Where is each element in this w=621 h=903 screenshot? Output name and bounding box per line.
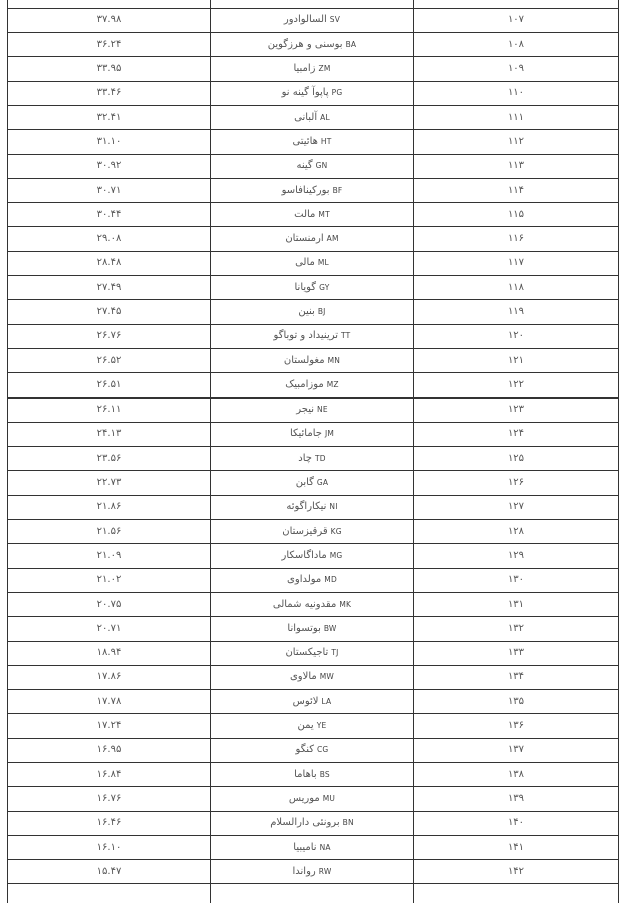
country-code: SV <box>330 15 340 24</box>
rank-cell: ۱۴۰ <box>414 811 619 835</box>
country-cell: بوسنی و هرزگوینBA <box>211 33 414 57</box>
rank-cell: ۱۲۹ <box>414 544 619 568</box>
value-text: ۲۹.۰۸ <box>97 233 122 244</box>
value-text: ۱۷.۸۶ <box>97 671 122 682</box>
country-code: BF <box>333 186 343 195</box>
country-code: MU <box>323 794 335 803</box>
table-body: ۳۷.۹۸ السالوادورSV ۱۰۷ ۳۶.۲۴ بوسنی و هرز… <box>8 0 619 903</box>
country-code: MG <box>330 551 343 560</box>
country-name: قرقیزستان <box>282 526 327 537</box>
rank-cell: ۱۲۶ <box>414 471 619 495</box>
value-text: ۲۱.۰۲ <box>97 574 122 585</box>
rank-cell: ۱۳۳ <box>414 641 619 665</box>
country-code: MK <box>339 600 351 609</box>
country-cell: ترینیداد و توباگوTT <box>211 324 414 348</box>
country-cell: گابنGA <box>211 471 414 495</box>
value-text: ۳۱.۱۰ <box>97 136 122 147</box>
rank-cell: ۱۰۷ <box>414 8 619 32</box>
rank-text: ۱۱۹ <box>508 306 524 317</box>
rank-text: ۱۰۷ <box>508 14 524 25</box>
country-name: السالوادور <box>284 14 327 25</box>
value-cell: ۲۱.۸۶ <box>8 495 211 519</box>
value-cell: ۲۰.۷۵ <box>8 592 211 616</box>
value-cell: ۱۶.۷۶ <box>8 787 211 811</box>
value-text: ۲۱.۰۹ <box>97 550 122 561</box>
rank-cell: ۱۰۹ <box>414 57 619 81</box>
value-text: ۲۲.۷۳ <box>97 477 122 488</box>
value-cell: ۳۲.۴۱ <box>8 105 211 129</box>
table-row: ۲۱.۵۶ قرقیزستانKG ۱۲۸ <box>8 520 619 544</box>
rank-cell: ۱۳۷ <box>414 738 619 762</box>
rank-text: ۱۱۲ <box>508 136 524 147</box>
country-code: AL <box>320 113 330 122</box>
rank-cell: ۱۲۰ <box>414 324 619 348</box>
rank-text: ۱۰۹ <box>508 63 524 74</box>
table-row: ۳۳.۹۵ زامبیاZM ۱۰۹ <box>8 57 619 81</box>
value-text: ۱۶.۹۵ <box>97 744 122 755</box>
value-cell: ۲۷.۴۹ <box>8 276 211 300</box>
country-cell: بوتسواناBW <box>211 617 414 641</box>
rank-text: ۱۲۰ <box>508 330 524 341</box>
country-cell: قرقیزستانKG <box>211 520 414 544</box>
country-name: مالاوی <box>290 671 317 682</box>
country-name: آلبانی <box>294 112 317 123</box>
country-code: PG <box>332 88 343 97</box>
country-cell <box>211 884 414 903</box>
country-ranking-table: ۳۷.۹۸ السالوادورSV ۱۰۷ ۳۶.۲۴ بوسنی و هرز… <box>7 0 619 903</box>
country-cell: مالتMT <box>211 203 414 227</box>
country-cell: مالاویMW <box>211 665 414 689</box>
rank-cell: ۱۲۲ <box>414 373 619 398</box>
country-code: TJ <box>331 648 338 657</box>
value-text: ۱۶.۷۶ <box>97 793 122 804</box>
table-row: ۲۱.۰۲ مولداویMD ۱۳۰ <box>8 568 619 592</box>
country-cell: بنینBJ <box>211 300 414 324</box>
rank-cell: ۱۲۷ <box>414 495 619 519</box>
country-code: BJ <box>318 307 326 316</box>
country-name: زامبیا <box>293 63 315 74</box>
rank-cell <box>414 0 619 8</box>
table-row: ۲۷.۴۵ بنینBJ ۱۱۹ <box>8 300 619 324</box>
rank-text: ۱۳۷ <box>508 744 524 755</box>
rank-text: ۱۲۸ <box>508 526 524 537</box>
rank-cell: ۱۱۹ <box>414 300 619 324</box>
country-cell: باهاماBS <box>211 763 414 787</box>
value-cell: ۲۶.۵۲ <box>8 348 211 372</box>
country-name: پاپوآ گینه نو <box>282 87 329 98</box>
country-cell: موریسMU <box>211 787 414 811</box>
country-code: GA <box>317 478 328 487</box>
value-cell: ۱۷.۷۸ <box>8 690 211 714</box>
value-cell: ۳۱.۱۰ <box>8 130 211 154</box>
country-name: جامائیکا <box>290 428 322 439</box>
country-code: CG <box>317 745 328 754</box>
country-name: گابن <box>296 477 314 488</box>
country-name: نیجر <box>296 404 314 415</box>
value-text: ۲۶.۵۲ <box>97 355 122 366</box>
table-row: ۲۱.۸۶ نیکاراگوئهNI ۱۲۷ <box>8 495 619 519</box>
country-code: ML <box>318 258 329 267</box>
rank-cell: ۱۱۸ <box>414 276 619 300</box>
table-row: ۱۶.۷۶ موریسMU ۱۳۹ <box>8 787 619 811</box>
rank-text: ۱۲۳ <box>508 404 524 415</box>
rank-text: ۱۳۰ <box>508 574 524 585</box>
value-cell: ۲۴.۱۳ <box>8 422 211 446</box>
value-text: ۳۷.۹۸ <box>97 14 122 25</box>
value-text: ۱۵.۴۷ <box>97 866 122 877</box>
country-name: مالی <box>295 257 315 268</box>
rank-cell: ۱۳۶ <box>414 714 619 738</box>
country-cell <box>211 0 414 8</box>
rank-text: ۱۲۴ <box>508 428 524 439</box>
country-code: TD <box>315 454 326 463</box>
country-name: موریس <box>289 793 320 804</box>
country-name: نیکاراگوئه <box>286 501 326 512</box>
country-code: NI <box>329 502 337 511</box>
rank-text: ۱۱۰ <box>508 87 524 98</box>
country-cell: تاجیکستانTJ <box>211 641 414 665</box>
country-code: JM <box>325 429 334 438</box>
table-row: ۳۳.۴۶ پاپوآ گینه نوPG ۱۱۰ <box>8 81 619 105</box>
rank-cell: ۱۱۶ <box>414 227 619 251</box>
country-name: موزامبیک <box>285 379 323 390</box>
table-row: ۱۶.۹۵ کنگوCG ۱۳۷ <box>8 738 619 762</box>
country-cell: روانداRW <box>211 860 414 884</box>
country-code: BN <box>343 818 354 827</box>
rank-text: ۱۲۹ <box>508 550 524 561</box>
country-code: KG <box>331 527 342 536</box>
country-name: مقدونیه شمالی <box>273 599 336 610</box>
country-cell: گویاناGY <box>211 276 414 300</box>
rank-cell: ۱۳۱ <box>414 592 619 616</box>
country-code: AM <box>327 234 339 243</box>
country-cell: گینهGN <box>211 154 414 178</box>
value-text: ۳۰.۷۱ <box>97 185 122 196</box>
table-row: ۲۴.۱۳ جامائیکاJM ۱۲۴ <box>8 422 619 446</box>
country-name: بورکینافاسو <box>282 185 330 196</box>
rank-text: ۱۴۰ <box>508 817 524 828</box>
value-text: ۲۶.۷۶ <box>97 330 122 341</box>
rank-cell: ۱۳۲ <box>414 617 619 641</box>
value-cell <box>8 884 211 903</box>
rank-text: ۱۳۵ <box>508 696 524 707</box>
table-row: ۱۷.۲۴ یمنYE ۱۳۶ <box>8 714 619 738</box>
value-cell: ۳۰.۹۲ <box>8 154 211 178</box>
country-code: YE <box>317 721 327 730</box>
table-row: ۲۷.۴۹ گویاناGY ۱۱۸ <box>8 276 619 300</box>
value-cell <box>8 0 211 8</box>
country-cell: جامائیکاJM <box>211 422 414 446</box>
country-code: NE <box>317 405 328 414</box>
value-cell: ۱۸.۹۴ <box>8 641 211 665</box>
country-code: RW <box>319 867 332 876</box>
country-code: GN <box>316 161 328 170</box>
country-name: مغولستان <box>284 355 325 366</box>
rank-text: ۱۲۲ <box>508 379 524 390</box>
value-text: ۳۰.۹۲ <box>97 160 122 171</box>
country-code: ZM <box>319 64 331 73</box>
rank-cell: ۱۱۰ <box>414 81 619 105</box>
country-name: برونئی دارالسلام <box>270 817 339 828</box>
value-text: ۲۱.۸۶ <box>97 501 122 512</box>
value-cell: ۲۶.۵۱ <box>8 373 211 398</box>
value-cell: ۳۳.۹۵ <box>8 57 211 81</box>
table-row: ۱۶.۴۶ برونئی دارالسلامBN ۱۴۰ <box>8 811 619 835</box>
rank-cell: ۱۱۷ <box>414 251 619 275</box>
table-row: ۲۲.۷۳ گابنGA ۱۲۶ <box>8 471 619 495</box>
value-cell: ۲۱.۵۶ <box>8 520 211 544</box>
table-row <box>8 0 619 8</box>
value-text: ۳۳.۹۵ <box>97 63 122 74</box>
rank-cell: ۱۴۲ <box>414 860 619 884</box>
rank-cell: ۱۲۱ <box>414 348 619 372</box>
value-cell: ۳۳.۴۶ <box>8 81 211 105</box>
country-code: MZ <box>327 380 339 389</box>
country-cell: موزامبیکMZ <box>211 373 414 398</box>
value-text: ۲۶.۵۱ <box>97 379 122 390</box>
rank-cell: ۱۱۳ <box>414 154 619 178</box>
value-text: ۱۶.۸۴ <box>97 769 122 780</box>
country-cell: ماداگاسکارMG <box>211 544 414 568</box>
rank-cell: ۱۱۲ <box>414 130 619 154</box>
table-row: ۳۰.۴۴ مالتMT ۱۱۵ <box>8 203 619 227</box>
table-row: ۳۰.۷۱ بورکینافاسوBF ۱۱۴ <box>8 178 619 202</box>
rank-text: ۱۳۲ <box>508 623 524 634</box>
country-cell: چادTD <box>211 447 414 471</box>
rank-cell: ۱۲۸ <box>414 520 619 544</box>
table-row: ۲۶.۵۱ موزامبیکMZ ۱۲۲ <box>8 373 619 398</box>
country-cell: برونئی دارالسلامBN <box>211 811 414 835</box>
rank-text: ۱۳۶ <box>508 720 524 731</box>
country-name: رواندا <box>293 866 316 877</box>
value-text: ۲۳.۵۶ <box>97 453 122 464</box>
rank-cell: ۱۱۴ <box>414 178 619 202</box>
rank-cell: ۱۱۱ <box>414 105 619 129</box>
table-row: ۱۶.۱۰ نامیبیاNA ۱۴۱ <box>8 835 619 859</box>
country-name: هائیتی <box>292 136 317 147</box>
rank-text: ۱۲۷ <box>508 501 524 512</box>
value-cell: ۳۶.۲۴ <box>8 33 211 57</box>
value-cell: ۲۹.۰۸ <box>8 227 211 251</box>
country-code: BW <box>324 624 337 633</box>
rank-cell: ۱۳۸ <box>414 763 619 787</box>
value-text: ۳۳.۴۶ <box>97 87 122 98</box>
rank-text: ۱۲۱ <box>508 355 524 366</box>
table-row: ۲۶.۵۲ مغولستانMN ۱۲۱ <box>8 348 619 372</box>
country-cell: مالیML <box>211 251 414 275</box>
value-cell: ۲۱.۰۲ <box>8 568 211 592</box>
country-name: بوسنی و هرزگوین <box>268 39 343 50</box>
value-cell: ۱۶.۴۶ <box>8 811 211 835</box>
value-cell: ۲۶.۱۱ <box>8 398 211 423</box>
table-row: ۱۶.۸۴ باهاماBS ۱۳۸ <box>8 763 619 787</box>
rank-cell: ۱۳۹ <box>414 787 619 811</box>
table-row <box>8 884 619 903</box>
value-text: ۱۶.۴۶ <box>97 817 122 828</box>
table-row: ۱۵.۴۷ روانداRW ۱۴۲ <box>8 860 619 884</box>
rank-cell: ۱۳۵ <box>414 690 619 714</box>
country-code: HT <box>321 137 332 146</box>
value-text: ۲۰.۷۵ <box>97 599 122 610</box>
value-cell: ۱۵.۴۷ <box>8 860 211 884</box>
table-row: ۲۹.۰۸ ارمنستانAM ۱۱۶ <box>8 227 619 251</box>
value-text: ۱۶.۱۰ <box>97 842 122 853</box>
rank-text: ۱۲۵ <box>508 453 524 464</box>
rank-text: ۱۱۳ <box>508 160 524 171</box>
country-name: یمن <box>298 720 314 731</box>
value-cell: ۳۷.۹۸ <box>8 8 211 32</box>
rank-cell: ۱۳۴ <box>414 665 619 689</box>
rank-cell <box>414 884 619 903</box>
country-name: مالت <box>294 209 315 220</box>
value-text: ۲۰.۷۱ <box>97 623 122 634</box>
country-cell: یمنYE <box>211 714 414 738</box>
country-cell: السالوادورSV <box>211 8 414 32</box>
country-cell: بورکینافاسوBF <box>211 178 414 202</box>
country-cell: پاپوآ گینه نوPG <box>211 81 414 105</box>
rank-text: ۱۱۱ <box>508 112 524 123</box>
table-row: ۲۶.۱۱ نیجرNE ۱۲۳ <box>8 398 619 423</box>
country-cell: آلبانیAL <box>211 105 414 129</box>
country-code: BA <box>346 40 357 49</box>
value-cell: ۱۶.۱۰ <box>8 835 211 859</box>
value-cell: ۱۷.۲۴ <box>8 714 211 738</box>
country-cell: کنگوCG <box>211 738 414 762</box>
country-code: GY <box>319 283 329 292</box>
value-text: ۱۷.۷۸ <box>97 696 122 707</box>
value-cell: ۳۰.۴۴ <box>8 203 211 227</box>
value-text: ۲۷.۴۵ <box>97 306 122 317</box>
table-row: ۲۸.۴۸ مالیML ۱۱۷ <box>8 251 619 275</box>
country-name: گویانا <box>294 282 316 293</box>
rank-text: ۱۳۴ <box>508 671 524 682</box>
country-cell: هائیتیHT <box>211 130 414 154</box>
country-cell: نیکاراگوئهNI <box>211 495 414 519</box>
value-text: ۲۴.۱۳ <box>97 428 122 439</box>
rank-cell: ۱۴۱ <box>414 835 619 859</box>
rank-cell: ۱۲۵ <box>414 447 619 471</box>
value-cell: ۱۶.۸۴ <box>8 763 211 787</box>
table-row: ۲۶.۷۶ ترینیداد و توباگوTT ۱۲۰ <box>8 324 619 348</box>
table-row: ۲۳.۵۶ چادTD ۱۲۵ <box>8 447 619 471</box>
rank-text: ۱۴۱ <box>508 842 524 853</box>
country-name: بنین <box>298 306 314 317</box>
table-row: ۲۰.۷۱ بوتسواناBW ۱۳۲ <box>8 617 619 641</box>
table-row: ۱۸.۹۴ تاجیکستانTJ ۱۳۳ <box>8 641 619 665</box>
rank-cell: ۱۱۵ <box>414 203 619 227</box>
value-text: ۲۸.۴۸ <box>97 257 122 268</box>
country-code: NA <box>320 843 331 852</box>
rank-text: ۱۱۵ <box>508 209 524 220</box>
value-text: ۳۲.۴۱ <box>97 112 122 123</box>
country-cell: ارمنستانAM <box>211 227 414 251</box>
rank-cell: ۱۲۳ <box>414 398 619 423</box>
rank-text: ۱۰۸ <box>508 39 524 50</box>
table-row: ۱۷.۷۸ لائوسLA ۱۳۵ <box>8 690 619 714</box>
value-cell: ۱۶.۹۵ <box>8 738 211 762</box>
country-name: بوتسوانا <box>287 623 320 634</box>
rank-text: ۱۱۴ <box>508 185 524 196</box>
rank-text: ۱۲۶ <box>508 477 524 488</box>
table-row: ۳۶.۲۴ بوسنی و هرزگوینBA ۱۰۸ <box>8 33 619 57</box>
table-row: ۳۲.۴۱ آلبانیAL ۱۱۱ <box>8 105 619 129</box>
country-name: گینه <box>297 160 313 171</box>
value-cell: ۲۳.۵۶ <box>8 447 211 471</box>
country-name: ارمنستان <box>285 233 323 244</box>
value-text: ۳۰.۴۴ <box>97 209 122 220</box>
rank-cell: ۱۰۸ <box>414 33 619 57</box>
value-cell: ۲۰.۷۱ <box>8 617 211 641</box>
table-row: ۳۱.۱۰ هائیتیHT ۱۱۲ <box>8 130 619 154</box>
country-code: MD <box>324 575 337 584</box>
country-name: کنگو <box>296 744 314 755</box>
country-code: LA <box>321 697 331 706</box>
table-row: ۱۷.۸۶ مالاویMW ۱۳۴ <box>8 665 619 689</box>
country-cell: نیجرNE <box>211 398 414 423</box>
table-row: ۲۰.۷۵ مقدونیه شمالیMK ۱۳۱ <box>8 592 619 616</box>
country-cell: مغولستانMN <box>211 348 414 372</box>
value-cell: ۲۸.۴۸ <box>8 251 211 275</box>
value-cell: ۲۱.۰۹ <box>8 544 211 568</box>
table-row: ۳۷.۹۸ السالوادورSV ۱۰۷ <box>8 8 619 32</box>
rank-text: ۱۴۲ <box>508 866 524 877</box>
rank-text: ۱۱۸ <box>508 282 524 293</box>
value-text: ۱۸.۹۴ <box>97 647 122 658</box>
value-text: ۳۶.۲۴ <box>97 39 122 50</box>
country-name: تاجیکستان <box>285 647 328 658</box>
value-text: ۱۷.۲۴ <box>97 720 122 731</box>
value-text: ۲۶.۱۱ <box>97 404 122 415</box>
rank-text: ۱۱۶ <box>508 233 524 244</box>
country-name: ترینیداد و توباگو <box>274 330 339 341</box>
value-cell: ۲۲.۷۳ <box>8 471 211 495</box>
value-cell: ۳۰.۷۱ <box>8 178 211 202</box>
country-code: MW <box>320 672 334 681</box>
country-code: TT <box>341 331 350 340</box>
country-cell: مولداویMD <box>211 568 414 592</box>
country-code: MT <box>318 210 329 219</box>
rank-text: ۱۳۳ <box>508 647 524 658</box>
table-row: ۲۱.۰۹ ماداگاسکارMG ۱۲۹ <box>8 544 619 568</box>
value-cell: ۱۷.۸۶ <box>8 665 211 689</box>
country-name: مولداوی <box>287 574 321 585</box>
value-text: ۲۱.۵۶ <box>97 526 122 537</box>
country-cell: زامبیاZM <box>211 57 414 81</box>
rank-text: ۱۱۷ <box>508 257 524 268</box>
country-name: ماداگاسکار <box>282 550 327 561</box>
value-cell: ۲۷.۴۵ <box>8 300 211 324</box>
rank-text: ۱۳۸ <box>508 769 524 780</box>
country-name: نامیبیا <box>293 842 316 853</box>
value-text: ۲۷.۴۹ <box>97 282 122 293</box>
country-name: لائوس <box>293 696 319 707</box>
country-cell: لائوسLA <box>211 690 414 714</box>
rank-text: ۱۳۹ <box>508 793 524 804</box>
country-name: چاد <box>298 453 312 464</box>
rank-cell: ۱۳۰ <box>414 568 619 592</box>
country-cell: نامیبیاNA <box>211 835 414 859</box>
country-code: MN <box>328 356 340 365</box>
country-cell: مقدونیه شمالیMK <box>211 592 414 616</box>
value-cell: ۲۶.۷۶ <box>8 324 211 348</box>
country-ranking-table-container: ۳۷.۹۸ السالوادورSV ۱۰۷ ۳۶.۲۴ بوسنی و هرز… <box>7 0 618 903</box>
country-code: BS <box>320 770 330 779</box>
rank-text: ۱۳۱ <box>508 599 524 610</box>
table-row: ۳۰.۹۲ گینهGN ۱۱۳ <box>8 154 619 178</box>
country-name: باهاما <box>294 769 317 780</box>
rank-cell: ۱۲۴ <box>414 422 619 446</box>
